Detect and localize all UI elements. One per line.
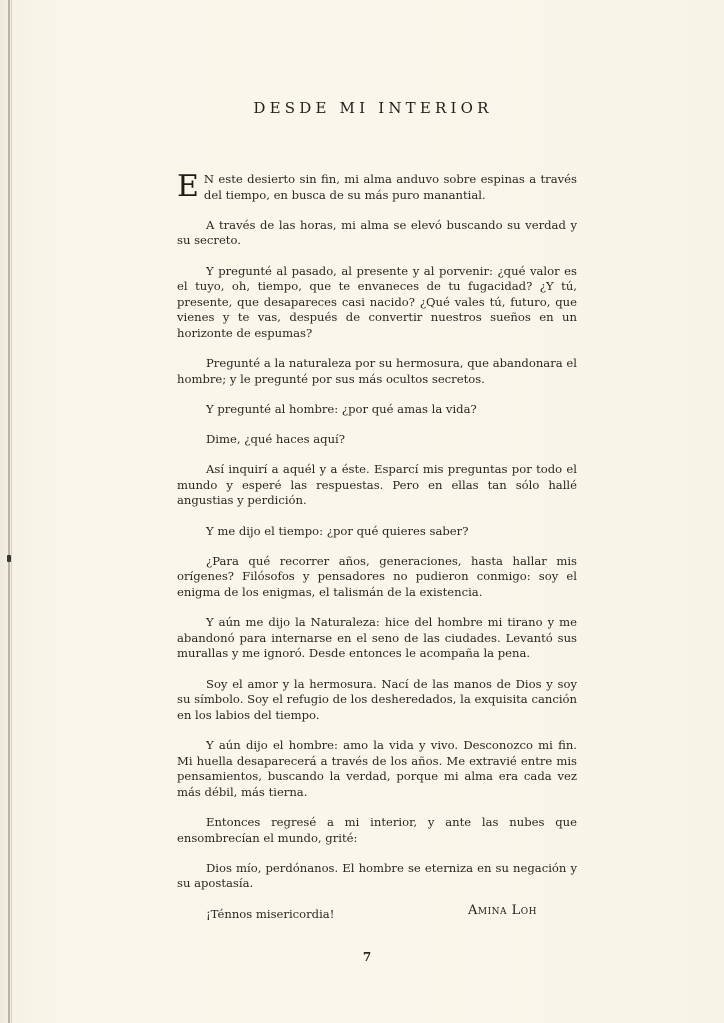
staple-mark (7, 555, 11, 562)
paragraph: Pregunté a la naturaleza por su hermosur… (177, 356, 577, 387)
scanned-page: DESDE MI INTERIOR E N este desierto sin … (0, 0, 724, 1023)
paragraph: Dime, ¿qué haces aquí? (177, 432, 577, 448)
binding-edge (8, 0, 10, 1023)
binding-edge-shadow (11, 0, 12, 1023)
page-title: DESDE MI INTERIOR (0, 99, 724, 117)
drop-cap: E (177, 174, 199, 200)
paragraph-1-text: N este desierto sin fin, mi alma anduvo … (204, 172, 577, 202)
paragraph: Y aún dijo el hombre: amo la vida y vivo… (177, 738, 577, 800)
paragraph-1: E N este desierto sin fin, mi alma anduv… (177, 172, 577, 203)
paragraph: Entonces regresé a mi interior, y ante l… (177, 815, 577, 846)
paragraph: Y pregunté al hombre: ¿por qué amas la v… (177, 402, 577, 418)
paragraph: ¿Para qué recorrer años, generaciones, h… (177, 554, 577, 601)
page-number: 7 (0, 950, 724, 964)
paragraph: Dios mío, perdónanos. El hombre se etern… (177, 861, 577, 892)
paragraph: Y pregunté al pasado, al presente y al p… (177, 264, 577, 342)
paragraph: Y aún me dijo la Naturaleza: hice del ho… (177, 615, 577, 662)
article-body: E N este desierto sin fin, mi alma anduv… (177, 172, 577, 922)
paragraph: Soy el amor y la hermosura. Nací de las … (177, 677, 577, 724)
paragraph: Así inquirí a aquél y a éste. Esparcí mi… (177, 462, 577, 509)
author-signature: Amina Loh (468, 903, 537, 918)
paragraph: A través de las horas, mi alma se elevó … (177, 218, 577, 249)
paragraph: Y me dijo el tiempo: ¿por qué quieres sa… (177, 524, 577, 540)
